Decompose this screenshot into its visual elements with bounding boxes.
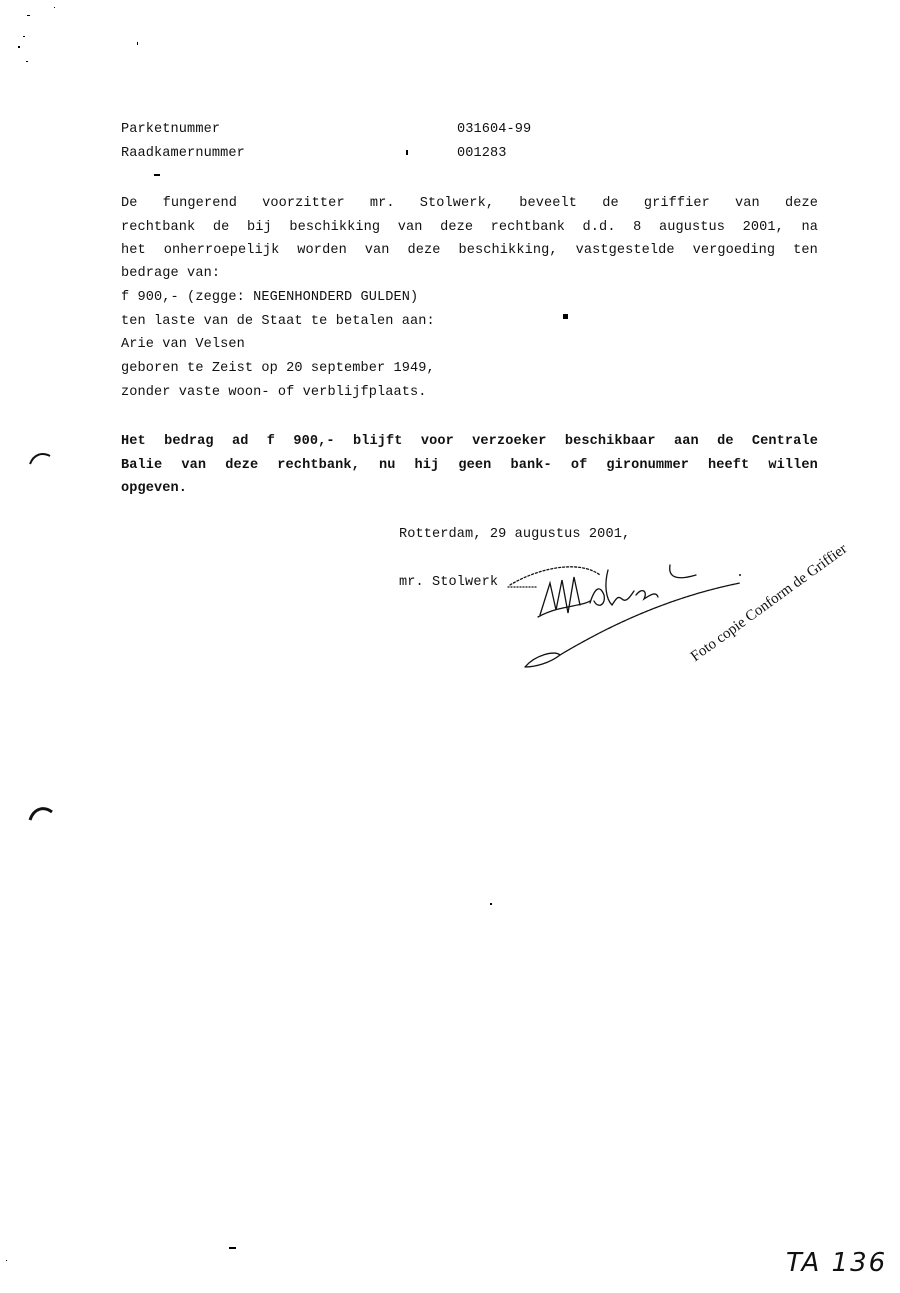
word: rechtbank: [491, 220, 565, 235]
word: beschikbaar: [565, 434, 656, 449]
word: het: [121, 243, 146, 258]
justified-line: rechtbankdebijbeschikkingvandezerechtban…: [121, 220, 818, 235]
scan-speck: [23, 36, 25, 37]
punch-hole-mark-icon: [28, 450, 54, 466]
word: griffier: [644, 196, 710, 211]
word: voor: [421, 434, 454, 449]
word: deze: [440, 220, 473, 235]
word: rechtbank: [121, 220, 195, 235]
word: vergoeding: [693, 243, 776, 258]
scan-speck: [27, 15, 30, 16]
word: van: [398, 220, 423, 235]
amount-line: f 900,- (zegge: NEGENHONDERD GULDEN): [121, 290, 418, 305]
payee-birth: geboren te Zeist op 20 september 1949,: [121, 361, 435, 376]
scan-speck: [6, 1260, 7, 1261]
page-mark: TA 136: [786, 1248, 887, 1278]
word: Centrale: [752, 434, 818, 449]
word: willen: [768, 458, 818, 473]
parket-value: 031604-99: [457, 122, 531, 137]
scan-speck: [406, 150, 408, 155]
scan-speck: [26, 61, 28, 62]
word: bij: [247, 220, 272, 235]
word: heeft: [708, 458, 749, 473]
word: van: [735, 196, 760, 211]
word: De: [121, 196, 138, 211]
word: mr.: [370, 196, 395, 211]
scan-speck: [137, 42, 138, 45]
word: bank-: [510, 458, 551, 473]
word: de: [717, 434, 734, 449]
word: 2001,: [743, 220, 784, 235]
word: fungerend: [163, 196, 237, 211]
word: voorzitter: [262, 196, 345, 211]
justified-line: Defungerendvoorzittermr.Stolwerk,beveelt…: [121, 196, 818, 211]
word: onherroepelijk: [164, 243, 280, 258]
scan-speck: [18, 46, 20, 48]
word: deze: [785, 196, 818, 211]
justified-line: hetonherroepelijkwordenvandezebeschikkin…: [121, 243, 818, 258]
signature-icon: [500, 555, 760, 675]
scan-speck: [229, 1247, 236, 1249]
payee-intro: ten laste van de Staat te betalen aan:: [121, 314, 435, 329]
availability-paragraph-last-line: opgeven.: [121, 481, 187, 496]
word: vastgestelde: [576, 243, 675, 258]
word: Het: [121, 434, 146, 449]
word: van: [181, 458, 206, 473]
word: gironummer: [606, 458, 689, 473]
word: 8: [633, 220, 641, 235]
payee-name: Arie van Velsen: [121, 337, 245, 352]
word: de: [602, 196, 619, 211]
word: geen: [458, 458, 491, 473]
place-date: Rotterdam, 29 augustus 2001,: [399, 527, 630, 542]
word: hij: [415, 458, 440, 473]
word: nu: [379, 458, 396, 473]
justified-line: Balievandezerechtbank,nuhijgeenbank-ofgi…: [121, 458, 818, 473]
scan-speck: [490, 903, 492, 905]
parket-label: Parketnummer: [121, 122, 220, 137]
word: verzoeker: [472, 434, 546, 449]
word: f: [267, 434, 275, 449]
raadkamer-label: Raadkamernummer: [121, 146, 245, 161]
word: of: [571, 458, 588, 473]
word: worden: [297, 243, 347, 258]
word: 900,-: [293, 434, 334, 449]
scan-speck: [154, 174, 160, 176]
order-paragraph-last-line: bedrage van:: [121, 266, 220, 281]
word: beschikking,: [459, 243, 558, 258]
scan-speck: [54, 7, 55, 8]
word: deze: [408, 243, 441, 258]
word: Balie: [121, 458, 162, 473]
word: aan: [674, 434, 699, 449]
word: na: [801, 220, 818, 235]
word: Stolwerk,: [420, 196, 494, 211]
punch-hole-mark-icon: [28, 804, 54, 822]
word: van: [365, 243, 390, 258]
signatory-name: mr. Stolwerk: [399, 575, 498, 590]
word: rechtbank,: [277, 458, 360, 473]
word: bedrag: [164, 434, 214, 449]
word: deze: [225, 458, 258, 473]
word: ad: [232, 434, 249, 449]
scan-speck: [563, 314, 568, 319]
word: ten: [793, 243, 818, 258]
word: de: [213, 220, 230, 235]
justified-line: Hetbedragadf900,-blijftvoorverzoekerbesc…: [121, 434, 818, 449]
word: d.d.: [583, 220, 616, 235]
word: augustus: [659, 220, 725, 235]
word: beveelt: [519, 196, 577, 211]
word: blijft: [353, 434, 403, 449]
payee-residence: zonder vaste woon- of verblijfplaats.: [121, 385, 427, 400]
word: beschikking: [289, 220, 380, 235]
raadkamer-value: 001283: [457, 146, 507, 161]
